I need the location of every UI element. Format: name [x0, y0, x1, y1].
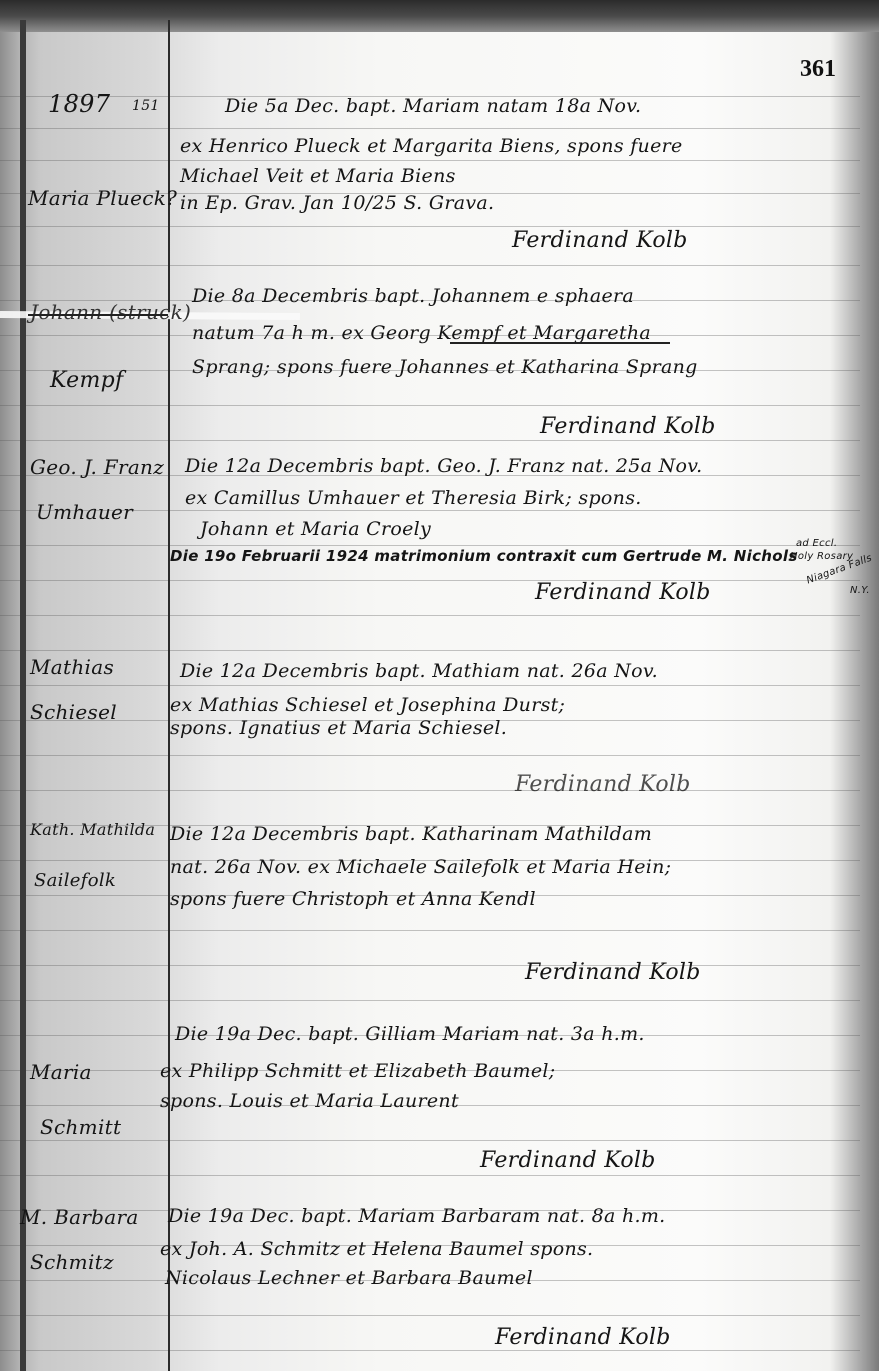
margin-name: Geo. J. Franz [30, 455, 164, 479]
entry-line: Die 5a Dec. bapt. Mariam natam 18a Nov. [225, 95, 641, 117]
ruled-line [0, 790, 860, 791]
entry-line: Die 12a Decembris bapt. Geo. J. Franz na… [185, 455, 702, 477]
margin-name: Kempf [50, 368, 123, 393]
margin-name: Maria [30, 1060, 92, 1084]
strikethrough-mark [450, 342, 670, 344]
ruled-line [0, 930, 860, 931]
ruled-line [0, 265, 860, 266]
ruled-line [0, 226, 860, 227]
priest-signature: Ferdinand Kolb [495, 1325, 671, 1350]
margin-name: Kath. Mathilda [30, 820, 155, 839]
ruled-line [0, 405, 860, 406]
margin-name: Schmitt [40, 1115, 121, 1139]
entry-line: ex Mathias Schiesel et Josephina Durst; [170, 694, 565, 716]
entry-line: Johann et Maria Croely [200, 518, 431, 540]
margin-name: Mathias [30, 655, 114, 679]
ruled-line [0, 755, 860, 756]
year-header-suffix: 151 [132, 98, 160, 114]
annotation-aside: ad Eccl. [796, 538, 837, 549]
ruled-line [0, 440, 860, 441]
ruled-line [0, 545, 860, 546]
entry-line: spons. Ignatius et Maria Schiesel. [170, 717, 507, 739]
entry-line: Die 12a Decembris bapt. Mathiam nat. 26a… [180, 660, 658, 682]
ruled-line [0, 965, 860, 966]
entry-line: Die 12a Decembris bapt. Katharinam Mathi… [170, 823, 652, 845]
annotation-aside: Holy Rosary [790, 551, 853, 562]
margin-name: Maria Plueck? [28, 186, 177, 210]
ruled-line [0, 160, 860, 161]
priest-signature: Ferdinand Kolb [540, 414, 716, 439]
entry-line: spons fuere Christoph et Anna Kendl [170, 888, 536, 910]
scan-top-shadow [0, 0, 879, 32]
entry-line: ex Henrico Plueck et Margarita Biens, sp… [180, 135, 683, 157]
entry-line: ex Philipp Schmitt et Elizabeth Baumel; [160, 1060, 555, 1082]
ruled-line [0, 128, 860, 129]
entry-line: ex Camillus Umhauer et Theresia Birk; sp… [185, 487, 642, 509]
ruled-line [0, 615, 860, 616]
register-page: 361 1897 151 Maria Plueck? Die 5a Dec. b… [0, 0, 879, 1371]
ruled-line [0, 650, 860, 651]
ruled-line [0, 1350, 860, 1351]
binding-edge-line [20, 20, 26, 1371]
priest-signature: Ferdinand Kolb [480, 1148, 656, 1173]
margin-name: Schmitz [30, 1250, 114, 1274]
entry-line: nat. 26a Nov. ex Michaele Sailefolk et M… [170, 856, 671, 878]
priest-signature: Ferdinand Kolb [512, 228, 688, 253]
entry-line: in Ep. Grav. Jan 10/25 S. Grava. [180, 192, 494, 214]
margin-name: Schiesel [30, 700, 117, 724]
annotation-aside: N.Y. [850, 585, 870, 596]
ruled-line [0, 1140, 860, 1141]
entry-line: Michael Veit et Maria Biens [180, 165, 456, 187]
entry-line: Sprang; spons fuere Johannes et Katharin… [192, 356, 698, 378]
margin-name: Sailefolk [34, 870, 116, 891]
margin-name: M. Barbara [20, 1205, 139, 1229]
entry-line: natum 7a h m. ex Georg Kempf et Margaret… [192, 322, 651, 344]
page-number: 361 [800, 56, 836, 83]
strikethrough-mark [28, 314, 168, 316]
margin-name-struck: Johann (struck) [30, 300, 191, 324]
ruled-line [0, 1315, 860, 1316]
margin-name: Umhauer [36, 500, 133, 524]
ruled-line [0, 1175, 860, 1176]
entry-line: Die 19a Dec. bapt. Mariam Barbaram nat. … [168, 1205, 666, 1227]
priest-signature: Ferdinand Kolb [515, 772, 691, 797]
entry-line: Die 19a Dec. bapt. Gilliam Mariam nat. 3… [175, 1023, 645, 1045]
priest-signature: Ferdinand Kolb [525, 960, 701, 985]
marriage-annotation: Die 19o Februarii 1924 matrimonium contr… [170, 547, 798, 565]
ruled-line [0, 580, 860, 581]
ruled-line [0, 685, 860, 686]
entry-line: ex Joh. A. Schmitz et Helena Baumel spon… [160, 1238, 593, 1260]
year-header: 1897 [48, 90, 110, 118]
entry-line: Die 8a Decembris bapt. Johannem e sphaer… [192, 285, 634, 307]
entry-line: spons. Louis et Maria Laurent [160, 1090, 459, 1112]
ruled-line [0, 1000, 860, 1001]
entry-line: Nicolaus Lechner et Barbara Baumel [165, 1267, 533, 1289]
priest-signature: Ferdinand Kolb [535, 580, 711, 605]
